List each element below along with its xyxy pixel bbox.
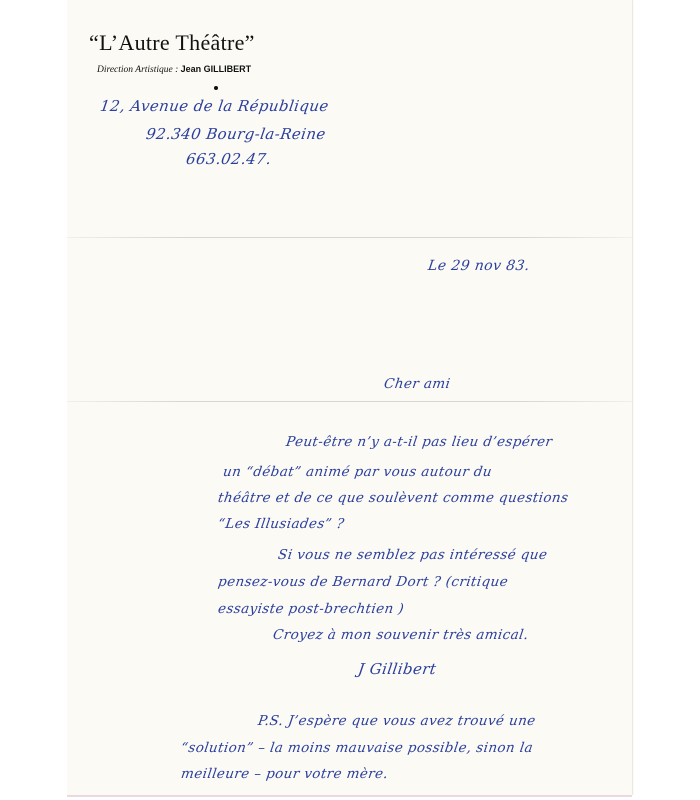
closing-line: Croyez à mon souvenir très amical. <box>272 627 530 643</box>
letterhead-subtitle: Direction Artistique : Jean GILLIBERT <box>97 64 251 75</box>
fold-line <box>67 401 632 402</box>
director-name: Jean GILLIBERT <box>181 64 252 74</box>
letter-date: Le 29 nov 83. <box>427 258 531 274</box>
address-line-street: 12, Avenue de la République <box>99 97 330 115</box>
director-role-label: Direction Artistique : <box>97 65 178 75</box>
bullet-dot <box>214 86 218 90</box>
fold-line <box>67 237 632 238</box>
salutation: Cher ami <box>383 376 451 392</box>
address-line-city: 92.340 Bourg-la-Reine <box>145 125 327 143</box>
paragraph-line: un “débat” animé par vous autour du <box>222 464 493 480</box>
paragraph-line: Si vous ne semblez pas intéressé que <box>277 547 548 563</box>
postscript-line: “solution” – la moins mauvaise possible,… <box>180 740 534 756</box>
postscript-line: meilleure – pour votre mère. <box>180 766 389 782</box>
signature: J Gillibert <box>357 660 438 678</box>
paragraph-line: pensez-vous de Bernard Dort ? (critique <box>217 574 509 590</box>
paragraph-line: essayiste post-brechtien ) <box>217 601 405 617</box>
paragraph-line: “Les Illusiades” ? <box>217 516 345 532</box>
address-phone: 663.02.47. <box>185 150 273 168</box>
postscript-line: P.S. J’espère que vous avez trouvé une <box>257 713 537 729</box>
paragraph-line: Peut-être n’y a-t-il pas lieu d’espérer <box>285 434 553 450</box>
letterhead-title: “L’Autre Théâtre” <box>89 30 255 56</box>
paragraph-line: théâtre et de ce que soulèvent comme que… <box>217 490 569 506</box>
letter-page: “L’Autre Théâtre” Direction Artistique :… <box>67 0 632 795</box>
